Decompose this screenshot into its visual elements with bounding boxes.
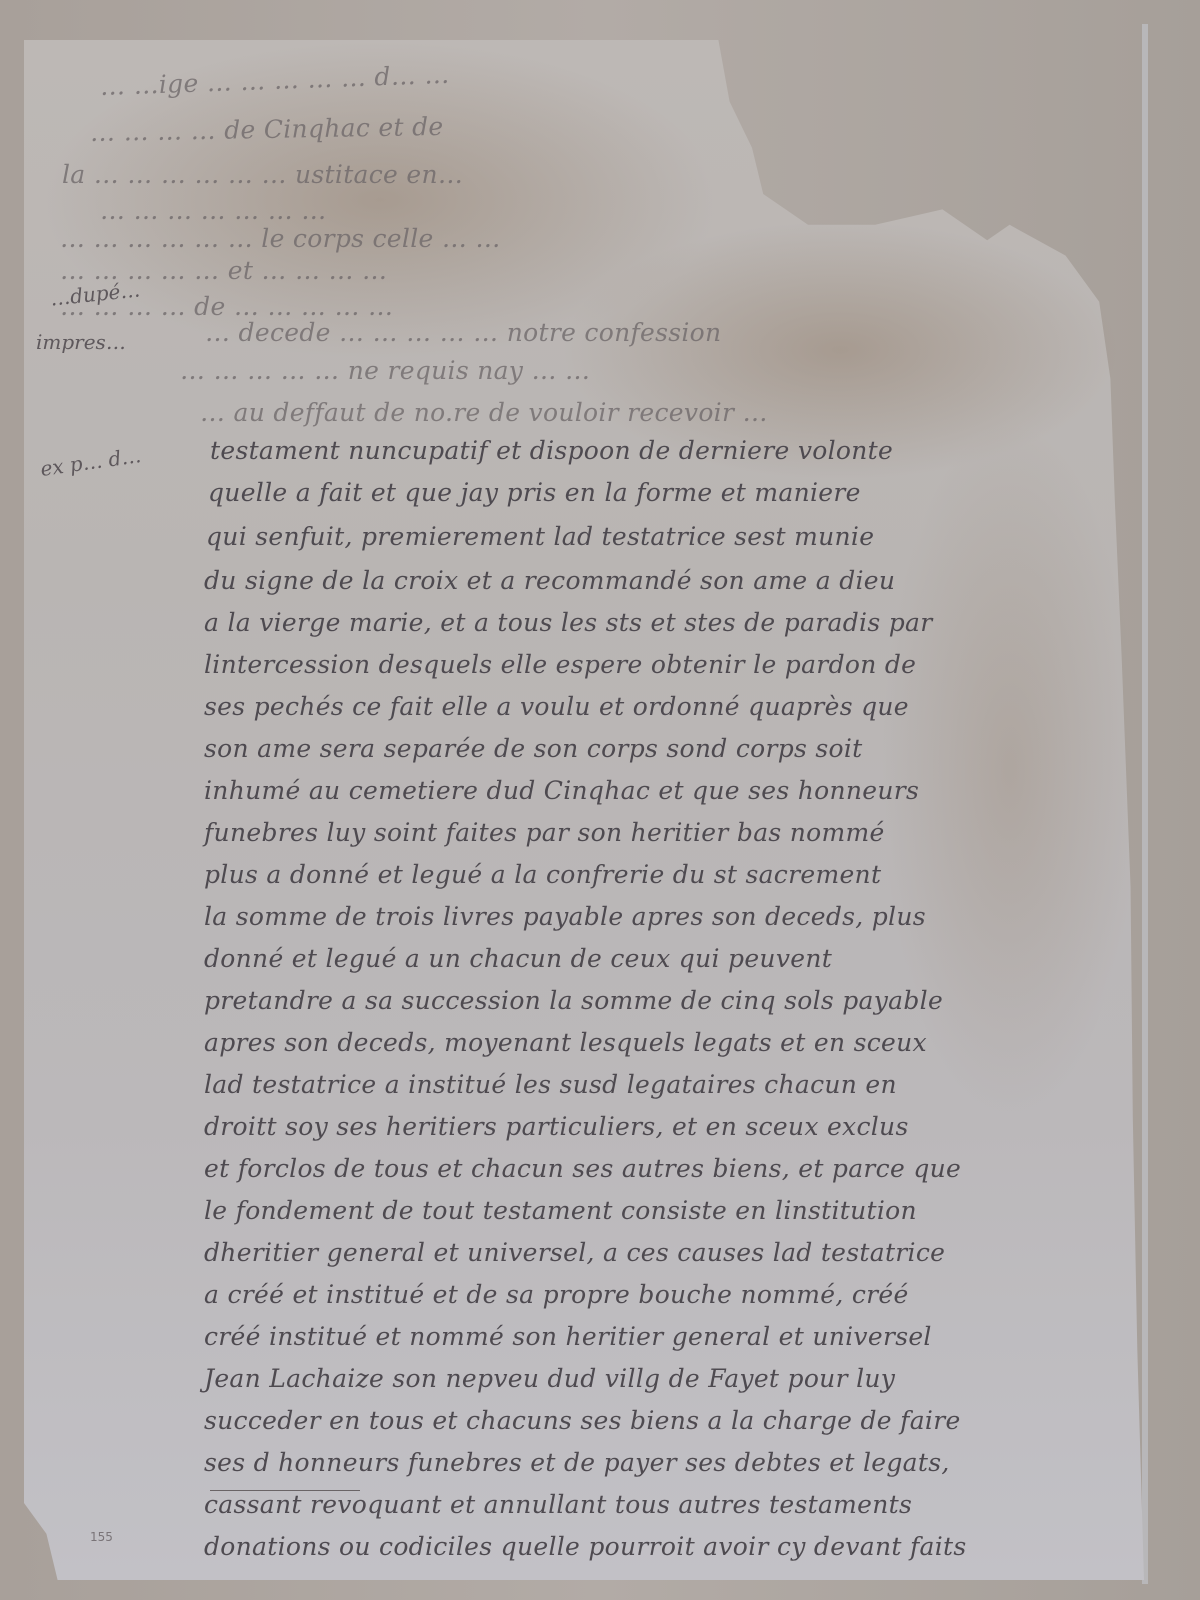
text-line: dheritier general et universel, a ces ca… [204,1238,945,1267]
text-line: ses pechés ce fait elle a voulu et ordon… [204,692,909,721]
text-line: plus a donné et legué a la confrerie du … [204,860,881,889]
text-line: droitt soy ses heritiers particuliers, e… [204,1112,909,1141]
text-line: … … … … … ne requis nay … … [180,356,590,385]
underline-mark [210,1490,360,1491]
text-line: apres son deceds, moyenant lesquels lega… [204,1028,927,1057]
text-line: pretandre a sa succession la somme de ci… [204,986,943,1015]
text-line: a créé et institué et de sa propre bouch… [204,1280,909,1309]
text-line: a la vierge marie, et a tous les sts et … [204,608,932,637]
text-line: … … … … de … … … … … [60,292,393,321]
text-line: créé institué et nommé son heritier gene… [204,1322,932,1351]
text-line: … decede … … … … … notre confession [205,318,721,347]
text-line: funebres luy soint faites par son heriti… [204,818,885,847]
text-line: quelle a fait et que jay pris en la form… [208,478,861,507]
text-line: … … … … de Cinqhac et de [90,112,444,147]
text-line: et forclos de tous et chacun ses autres … [204,1154,961,1183]
text-line: la … … … … … … ustitace en… [62,160,463,189]
folio-number: 155 [90,1530,113,1544]
text-line: la somme de trois livres payable apres s… [204,902,926,931]
text-line: lintercession desquels elle espere obten… [204,650,916,679]
text-line: son ame sera separée de son corps sond c… [204,734,863,763]
text-line: Jean Lachaize son nepveu dud villg de Fa… [204,1364,895,1393]
text-line: du signe de la croix et a recommandé son… [204,566,895,595]
text-line: succeder en tous et chacuns ses biens a … [204,1406,961,1435]
text-line: ses d honneurs funebres et de payer ses … [204,1448,950,1477]
text-line: donné et legué a un chacun de ceux qui p… [204,944,832,973]
text-line: le fondement de tout testament consiste … [204,1196,917,1225]
text-line: … … … … … … … [100,196,327,225]
text-line: … au deffaut de no.re de vouloir recevoi… [200,398,768,427]
text-line: … … … … … et … … … … [60,256,387,285]
text-line: qui senfuit, premierement lad testatrice… [206,522,874,551]
text-line: lad testatrice a institué les susd legat… [204,1070,897,1099]
text-line: donations ou codiciles quelle pourroit a… [204,1532,966,1561]
text-line: inhumé au cemetiere dud Cinqhac et que s… [204,776,919,805]
text-line: testament nuncupatif et dispoon de derni… [210,436,893,465]
text-line: cassant revoquant et annullant tous autr… [204,1490,912,1519]
margin-note: impres… [36,330,126,354]
frame-edge [1142,24,1148,1584]
text-line: … … … … … … le corps celle … … [60,224,501,253]
